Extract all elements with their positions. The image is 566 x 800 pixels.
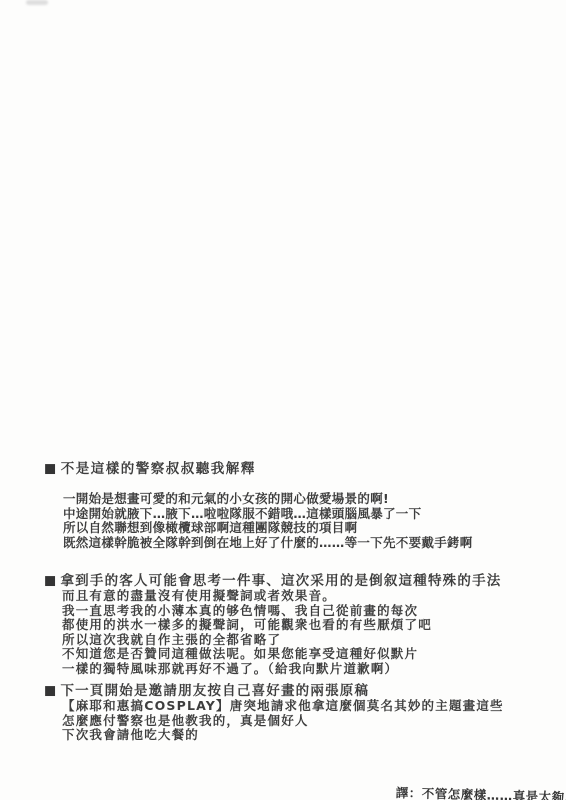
scan-artifact-smudge <box>26 0 48 5</box>
block-header-line: ■ 拿到手的客人可能會思考一件事、這次采用的是倒叙這種特殊的手法 <box>44 574 501 589</box>
text-line: 中途開始就腋下…腋下…啦啦隊服不錯哦…這樣頭腦風暴了一下 <box>63 507 473 522</box>
scanned-afterword-page: ■ 不是這樣的警察叔叔聽我解釋 一開始是想畫可愛的和元氣的小女孩的開心做愛場景的… <box>0 0 566 800</box>
text-line: 既然這樣幹脆被全隊幹到倒在地上好了什麼的……等一下先不要戴手銬啊 <box>63 536 473 551</box>
block-body: 【麻耶和惠搞COSPLAY】唐突地請求他拿這麼個莫名其妙的主題畫這些 怎麼應付警… <box>62 699 504 743</box>
text-line: 【麻耶和惠搞COSPLAY】唐突地請求他拿這麼個莫名其妙的主題畫這些 <box>62 699 504 714</box>
block-body: 而且有意的盡量沒有使用擬聲詞或者效果音。 我一直思考我的小薄本真的够色情嗎、我自… <box>62 589 501 676</box>
text-line: 都使用的洪水一樣多的擬聲詞，可能觀衆也看的有些厭煩了吧 <box>62 618 501 633</box>
square-bullet-icon: ■ <box>44 462 58 477</box>
block-header-text: 拿到手的客人可能會思考一件事、這次采用的是倒叙這種特殊的手法 <box>60 574 501 589</box>
block-header-text: 不是這樣的警察叔叔聽我解釋 <box>61 462 256 477</box>
square-bullet-icon: ■ <box>44 574 57 589</box>
afterword-block-guest-art: ■ 下一頁開始是邀請朋友按自己喜好畫的兩張原稿 【麻耶和惠搞COSPLAY】唐突… <box>44 684 504 743</box>
text-line: 一開始是想畫可愛的和元氣的小女孩的開心做愛場景的啊! <box>63 492 473 507</box>
block-header-line: ■ 不是這樣的警察叔叔聽我解釋 <box>44 462 473 477</box>
text-line: 所以自然聯想到像橄欖球部啊這種團隊競技的項目啊 <box>63 521 473 536</box>
text-line: 不知道您是否贊同這種做法呢。如果您能享受這種好似默片 <box>62 647 501 662</box>
text-line: 所以這次我就自作主張的全都省略了 <box>62 633 501 648</box>
block-header-line: ■ 下一頁開始是邀請朋友按自己喜好畫的兩張原稿 <box>44 684 504 699</box>
block-body: 一開始是想畫可愛的和元氣的小女孩的開心做愛場景的啊! 中途開始就腋下…腋下…啦啦… <box>63 492 473 550</box>
afterword-block-no-sound-effects: ■ 拿到手的客人可能會思考一件事、這次采用的是倒叙這種特殊的手法 而且有意的盡量… <box>44 574 501 676</box>
square-bullet-icon: ■ <box>44 684 57 699</box>
afterword-block-police-explain: ■ 不是這樣的警察叔叔聽我解釋 一開始是想畫可愛的和元氣的小女孩的開心做愛場景的… <box>44 462 473 550</box>
block-header-text: 下一頁開始是邀請朋友按自己喜好畫的兩張原稿 <box>60 684 369 699</box>
text-line: 而且有意的盡量沒有使用擬聲詞或者效果音。 <box>62 589 501 604</box>
text-line: 一樣的獨特風味那就再好不過了。（給我向默片道歉啊） <box>62 662 501 677</box>
translator-note: 譯：不管怎麼樣……真是太夠朋友的 <box>395 783 566 800</box>
text-line: 怎麼應付警察也是他教我的，真是個好人 <box>62 714 504 729</box>
text-line: 下次我會請他吃大餐的 <box>62 728 504 743</box>
text-line: 我一直思考我的小薄本真的够色情嗎、我自己從前畫的每次 <box>62 604 501 619</box>
